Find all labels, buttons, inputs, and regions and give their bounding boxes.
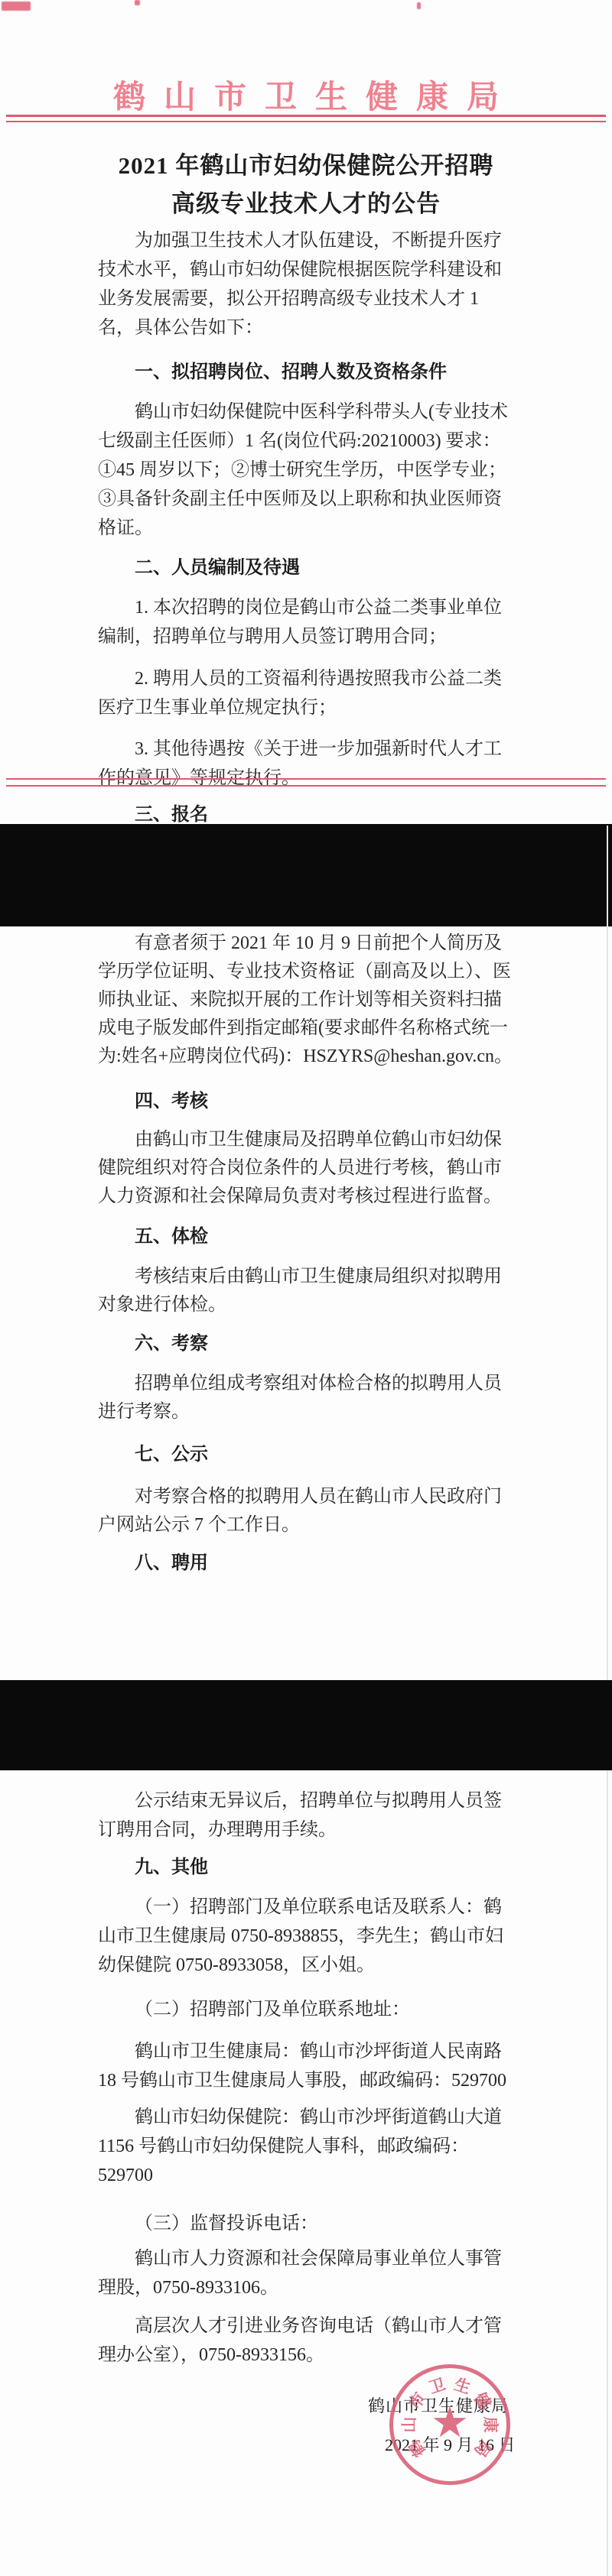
document-title-line2: 高级专业技术人才的公告	[0, 185, 612, 223]
section-heading-8: 八、聘用	[98, 1549, 516, 1578]
section9-address-mch-hospital: 鹤山市妇幼保健院：鹤山市沙坪街道鹤山大道 1156 号鹤山市妇幼保健院人事科，邮…	[98, 2103, 516, 2190]
section-heading-9: 九、其他	[98, 1853, 516, 1882]
section9-supervision-label: （三）监督投诉电话：	[98, 2209, 516, 2238]
section-heading-6: 六、考察	[98, 1330, 516, 1358]
seal-arc-char: 康	[484, 2415, 503, 2434]
page3-body: 公示结束无异议后，招聘单位与拟聘用人员签订聘用合同，办理聘用手续。 九、其他 （…	[98, 1786, 516, 2370]
page-separator-band-1	[0, 824, 612, 926]
page1-body: 为加强卫生技术人才队伍建设，不断提升医疗技术水平，鹤山市妇幼保健院根据医院学科建…	[98, 226, 516, 829]
section9-contacts: （一）招聘部门及单位联系电话及联系人：鹤山市卫生健康局 0750-8938855…	[98, 1893, 516, 1980]
section9-address-health-bureau: 鹤山市卫生健康局：鹤山市沙坪街道人民南路 18 号鹤山市卫生健康局人事股，邮政编…	[98, 2037, 516, 2095]
page1-footer-double-rule	[6, 778, 606, 787]
document-title: 2021 年鹤山市妇幼保健院公开招聘 高级专业技术人才的公告	[0, 147, 612, 223]
seal-arc-char: 健	[472, 2386, 498, 2412]
section2-item2: 2. 聘用人员的工资福利待遇按照我市公益二类医疗卫生事业单位规定执行；	[98, 664, 516, 722]
seal-arc-char: 生	[451, 2372, 474, 2395]
section2-item1: 1. 本次招聘的岗位是鹤山市公益二类事业单位编制，招聘单位与聘用人员签订聘用合同…	[98, 593, 516, 651]
official-seal: ★ 鹤山市卫生健康局	[389, 2364, 510, 2485]
red-scan-mark	[417, 2, 421, 9]
section-heading-4: 四、考核	[98, 1088, 516, 1116]
seal-arc-char: 局	[472, 2438, 498, 2464]
section1-paragraph: 鹤山市妇幼保健院中医科学科带头人(专业技术七级副主任医师）1 名(岗位代码:20…	[98, 397, 516, 543]
scanned-announcement-document: 鹤山市卫生健康局 2021 年鹤山市妇幼保健院公开招聘 高级专业技术人才的公告 …	[0, 0, 612, 2576]
page-separator-band-2	[0, 1680, 612, 1770]
section9-talent-phone: 高层次人才引进业务咨询电话（鹤山市人才管理办公室），0750-8933156。	[98, 2312, 516, 2370]
seal-arc-char: 卫	[425, 2372, 448, 2395]
section7-paragraph: 对考察合格的拟聘用人员在鹤山市人民政府门户网站公示 7 个工作日。	[98, 1483, 516, 1539]
section8-paragraph: 公示结束无异议后，招聘单位与拟聘用人员签订聘用合同，办理聘用手续。	[98, 1786, 516, 1844]
red-scan-mark	[2, 2, 31, 11]
seal-arc-char: 市	[402, 2386, 428, 2412]
letterhead-double-rule	[6, 115, 606, 122]
section5-paragraph: 考核结束后由鹤山市卫生健康局组织对拟聘用对象进行体检。	[98, 1263, 516, 1319]
section-heading-5: 五、体检	[98, 1223, 516, 1251]
section9-supervision-phone: 鹤山市人力资源和社会保障局事业单位人事管理股，0750-8933106。	[98, 2244, 516, 2302]
section9-address-label: （二）招聘部门及单位联系地址：	[98, 1995, 516, 2024]
red-scan-mark	[135, 0, 140, 5]
section3-paragraph: 有意者须于 2021 年 10 月 9 日前把个人简历及学历学位证明、专业技术资…	[98, 930, 516, 1071]
intro-paragraph: 为加强卫生技术人才队伍建设，不断提升医疗技术水平，鹤山市妇幼保健院根据医院学科建…	[98, 226, 516, 342]
section4-paragraph: 由鹤山市卫生健康局及招聘单位鹤山市妇幼保健院组织对符合岗位条件的人员进行考核，鹤…	[98, 1126, 516, 1211]
seal-arc-char: 山	[397, 2415, 415, 2434]
page2-body: 有意者须于 2021 年 10 月 9 日前把个人简历及学历学位证明、专业技术资…	[98, 930, 516, 1578]
section6-paragraph: 招聘单位组成考察组对体检合格的拟聘用人员进行考察。	[98, 1370, 516, 1426]
document-title-line1: 2021 年鹤山市妇幼保健院公开招聘	[0, 147, 612, 185]
seal-star-icon: ★	[431, 2402, 469, 2445]
section-heading-7: 七、公示	[98, 1441, 516, 1469]
letterhead-agency-title: 鹤山市卫生健康局	[0, 72, 612, 118]
section-heading-1: 一、拟招聘岗位、招聘人数及资格条件	[98, 358, 516, 387]
seal-arc-char: 鹤	[402, 2438, 428, 2464]
section-heading-2: 二、人员编制及待遇	[98, 553, 516, 582]
